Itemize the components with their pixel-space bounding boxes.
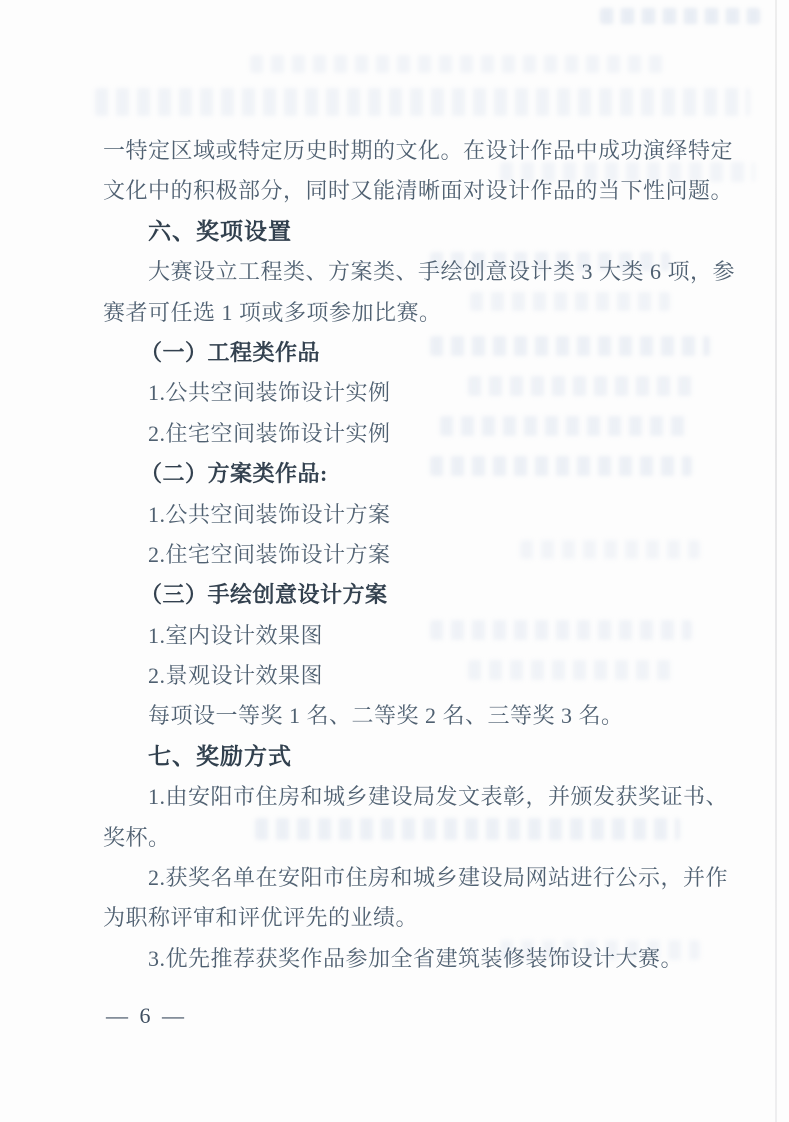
paragraph-line: 为职称评审和评优评先的业绩。 — [103, 898, 703, 938]
paragraph-line: 每项设一等奖 1 名、二等奖 2 名、三等奖 3 名。 — [103, 696, 703, 736]
subsection-heading: （二）方案类作品: — [103, 454, 703, 494]
document-page: 一特定区域或特定历史时期的文化。在设计作品中成功演绎特定 文化中的积极部分，同时… — [0, 0, 789, 1122]
list-item: 2.景观设计效果图 — [103, 656, 703, 696]
list-item: 1.公共空间装饰设计实例 — [103, 373, 703, 413]
list-item: 1.公共空间装饰设计方案 — [103, 495, 703, 535]
paragraph-line: 文化中的积极部分，同时又能清晰面对设计作品的当下性问题。 — [103, 171, 703, 211]
paragraph-line: 奖杯。 — [103, 818, 703, 858]
list-item: 2.住宅空间装饰设计方案 — [103, 535, 703, 575]
bleed-through-artifact — [600, 8, 760, 24]
paragraph-line: 2.获奖名单在安阳市住房和城乡建设局网站进行公示，并作 — [103, 858, 703, 898]
page-number: — 6 — — [106, 999, 187, 1033]
section-heading: 六、奖项设置 — [103, 212, 703, 252]
paragraph-line: 赛者可任选 1 项或多项参加比赛。 — [103, 293, 703, 333]
bleed-through-artifact — [95, 88, 750, 116]
subsection-heading: （一）工程类作品 — [103, 333, 703, 373]
list-item: 2.住宅空间装饰设计实例 — [103, 414, 703, 454]
subsection-heading: （三）手绘创意设计方案 — [103, 575, 703, 615]
paragraph-line: 3.优先推荐获奖作品参加全省建筑装修装饰设计大赛。 — [103, 939, 703, 979]
scan-fold-line — [775, 0, 777, 1122]
paragraph-line: 一特定区域或特定历史时期的文化。在设计作品中成功演绎特定 — [103, 131, 703, 171]
list-item: 1.室内设计效果图 — [103, 616, 703, 656]
paragraph-line: 1.由安阳市住房和城乡建设局发文表彰，并颁发获奖证书、 — [103, 777, 703, 817]
paragraph-line: 大赛设立工程类、方案类、手绘创意设计类 3 大类 6 项，参 — [103, 252, 703, 292]
section-heading: 七、奖励方式 — [103, 737, 703, 777]
bleed-through-artifact — [250, 55, 670, 73]
document-body: 一特定区域或特定历史时期的文化。在设计作品中成功演绎特定 文化中的积极部分，同时… — [103, 131, 703, 979]
